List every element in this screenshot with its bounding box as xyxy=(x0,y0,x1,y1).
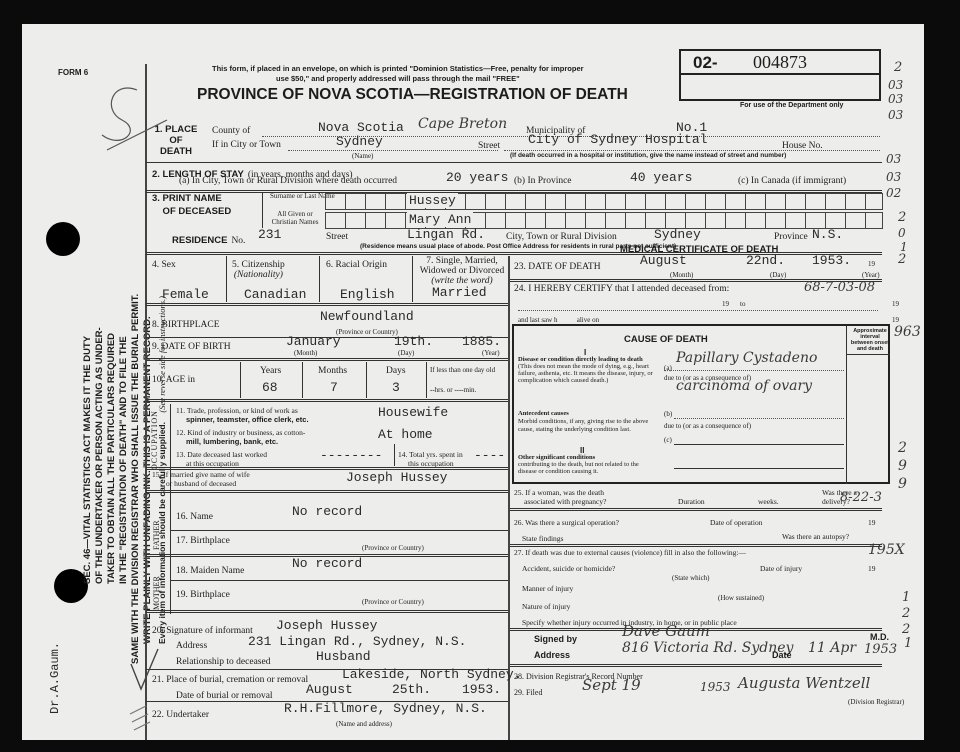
racial-origin-value: English xyxy=(340,287,395,302)
last-worked-value: -------- xyxy=(320,448,382,463)
cause-due-handwritten: carcinoma of ovary xyxy=(676,378,812,394)
birthplace-value: Newfoundland xyxy=(320,309,414,324)
check-mark-icon xyxy=(126,644,166,734)
burial-day: 25th. xyxy=(392,682,431,697)
form-title: PROVINCE OF NOVA SCOTIA—REGISTRATION OF … xyxy=(197,86,628,104)
burial-place: Lakeside, North Sydney. xyxy=(342,667,521,682)
dob-day: 19th. xyxy=(394,334,433,349)
signed-by-handwritten: Dave Gaum xyxy=(622,622,710,640)
print-name-label: 3. PRINT NAME OF DECEASED xyxy=(152,192,231,218)
signed-date-handwritten: 11 Apr xyxy=(808,640,856,656)
informant-address: 231 Lingan Rd., Sydney, N.S. xyxy=(248,634,466,649)
sex-value: Female xyxy=(162,287,209,302)
father-name-value: No record xyxy=(292,504,362,519)
age-years: 68 xyxy=(262,380,278,395)
residence-number: 231 xyxy=(258,227,281,242)
registrar-signature: Augusta Wentzell xyxy=(738,674,870,692)
county-value: Nova Scotia xyxy=(318,120,404,135)
burial-year: 1953. xyxy=(462,682,501,697)
postal-notice-2: use $50," and properly addressed will pa… xyxy=(276,74,520,83)
registration-number-box: 02- 004873 xyxy=(679,49,881,101)
residence-city: Sydney xyxy=(654,227,701,242)
marital-status-value: Married xyxy=(432,285,487,300)
undertaker-value: R.H.Fillmore, Sydney, N.S. xyxy=(284,701,487,716)
industry-value: At home xyxy=(378,427,433,442)
death-month: August xyxy=(640,253,687,268)
stay-city-value: 20 years xyxy=(446,170,508,185)
death-registration-form: SEC. 46—VITAL STATISTICS ACT MAKES IT TH… xyxy=(22,24,924,740)
left-rule xyxy=(145,64,147,740)
death-day: 22nd. xyxy=(746,253,785,268)
form-number: FORM 6 xyxy=(58,68,88,77)
surname-value: Hussey xyxy=(407,193,458,208)
given-name-value: Mary Ann xyxy=(407,212,473,227)
cause-of-death-box: CAUSE OF DEATH Approximate interval betw… xyxy=(512,324,890,484)
doctor-address-handwritten: 816 Victoria Rd. Sydney xyxy=(622,640,793,656)
doctor-stamp: Dr.A.Gaum. xyxy=(48,642,62,714)
residence-street: Lingan Rd. xyxy=(407,227,485,242)
pencil-mark-s-icon xyxy=(92,80,172,160)
trade-value: Housewife xyxy=(378,405,448,420)
age-months: 7 xyxy=(330,380,338,395)
street-value: City of Sydney Hospital xyxy=(528,132,707,147)
cause-a-handwritten: Papillary Cystadeno xyxy=(676,350,817,366)
burial-month: August xyxy=(306,682,353,697)
punch-hole xyxy=(46,222,80,256)
dob-year: 1885. xyxy=(462,334,501,349)
informant-signature: Joseph Hussey xyxy=(276,618,377,633)
total-years-value: ---- xyxy=(474,448,505,463)
postal-notice: This form, if placed in an envelope, on … xyxy=(212,64,584,73)
filed-date-handwritten: Sept 19 xyxy=(582,676,641,694)
age-days: 3 xyxy=(392,380,400,395)
dob-month: January xyxy=(286,334,341,349)
citizenship-value: Canadian xyxy=(244,287,306,302)
certify-handwritten: 68-7-03-08 xyxy=(804,280,875,295)
mother-name-value: No record xyxy=(292,556,362,571)
occupation-section-label: OCCUPATION xyxy=(150,410,159,470)
informant-relationship: Husband xyxy=(316,649,371,664)
registration-prefix: 02- xyxy=(693,53,718,73)
county-handwritten: Cape Breton xyxy=(418,116,507,132)
registration-number: 004873 xyxy=(753,52,807,73)
death-year: 1953. xyxy=(812,253,851,268)
residence-province: N.S. xyxy=(812,227,843,242)
spouse-value: Joseph Hussey xyxy=(346,470,447,485)
stay-province-value: 40 years xyxy=(630,170,692,185)
city-value: Sydney xyxy=(336,134,383,149)
